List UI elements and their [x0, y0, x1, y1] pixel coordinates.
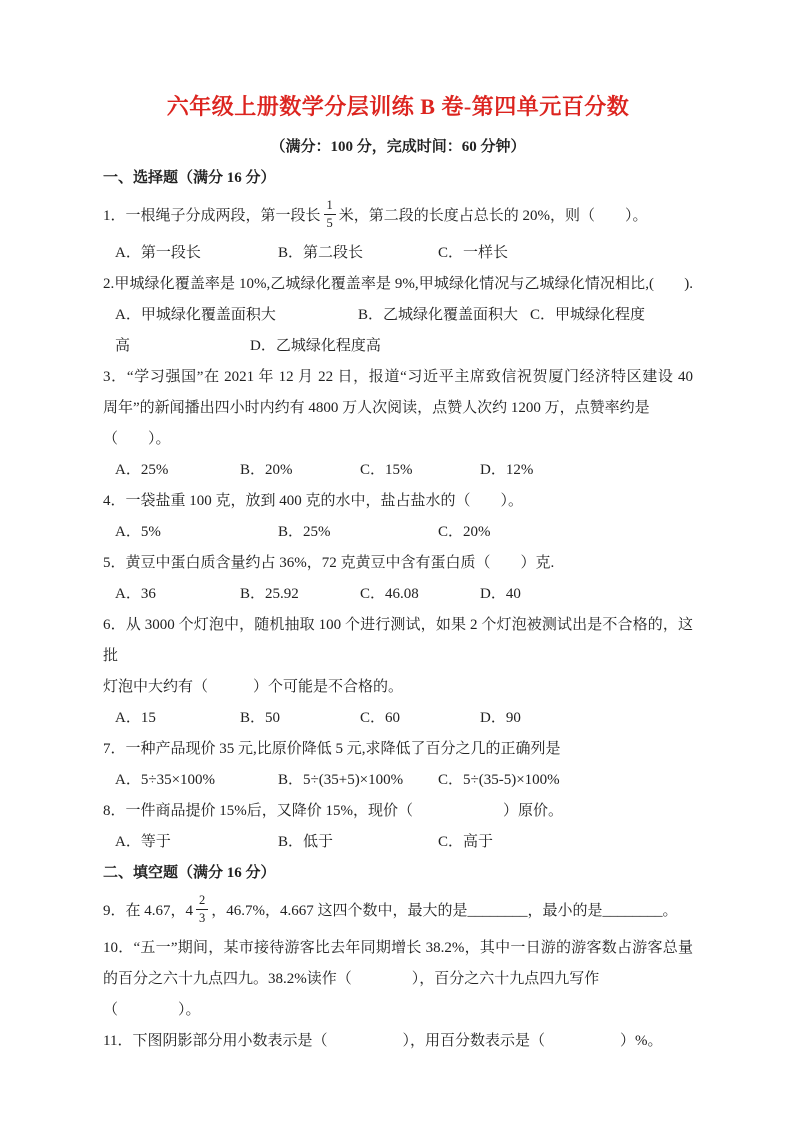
- option-a: A．15: [115, 703, 240, 734]
- fraction-one-fifth: 15: [324, 198, 336, 231]
- option-d: D．90: [480, 703, 521, 734]
- question-6-options: A．15B．50C．60D．90: [103, 703, 693, 734]
- page-title: 六年级上册数学分层训练 B 卷-第四单元百分数: [103, 90, 693, 124]
- option-c: C．一样长: [438, 238, 508, 269]
- question-3-line-2: 周年”的新闻播出四小时内约有 4800 万人次阅读，点赞人次约 1200 万，点…: [103, 393, 693, 455]
- question-5-options: A．36B．25.92C．46.08D．40: [103, 579, 693, 610]
- option-c: C．46.08: [360, 579, 480, 610]
- option-a: A．甲城绿化覆盖面积大: [115, 300, 358, 331]
- option-b: B．50: [240, 703, 360, 734]
- fraction-denominator: 3: [196, 910, 208, 926]
- option-a: A．25%: [115, 455, 240, 486]
- question-2-options-row-2: 高D．乙城绿化程度高: [103, 331, 693, 362]
- question-2-options-row-1: A．甲城绿化覆盖面积大B．乙城绿化覆盖面积大C．甲城绿化程度: [103, 300, 693, 331]
- option-d: D．40: [480, 579, 521, 610]
- option-a: A．等于: [115, 827, 278, 858]
- option-a: A．5÷35×100%: [115, 765, 278, 796]
- option-a: A．5%: [115, 517, 278, 548]
- question-8-text: 8．一件商品提价 15%后，又降价 15%，现价（ ）原价。: [103, 796, 693, 827]
- option-b: B．25.92: [240, 579, 360, 610]
- question-10-line-2: 的百分之六十九点四九。38.2%读作（ ），百分之六十九点四九写作（ ）。: [103, 964, 693, 1026]
- question-9-text: 9．在 4.67，423，46.7%，4.667 这四个数中，最大的是_____…: [103, 889, 693, 933]
- option-c: C．甲城绿化程度: [530, 300, 645, 331]
- question-5-text: 5．黄豆中蛋白质含量约占 36%，72 克黄豆中含有蛋白质（ ）克.: [103, 548, 693, 579]
- question-1-post: 米，第二段的长度占总长的 20%，则（ ）。: [339, 208, 648, 224]
- option-c: C．20%: [438, 517, 491, 548]
- question-6-line-1: 6．从 3000 个灯泡中，随机抽取 100 个进行测试，如果 2 个灯泡被测试…: [103, 610, 693, 672]
- option-c-wrap: 高: [115, 331, 250, 362]
- option-c: C．5÷(35-5)×100%: [438, 765, 560, 796]
- question-4-options: A．5%B．25%C．20%: [103, 517, 693, 548]
- question-1-text: 1．一根绳子分成两段，第一段长15米，第二段的长度占总长的 20%，则（ ）。: [103, 194, 693, 238]
- option-a: A．第一段长: [115, 238, 278, 269]
- question-7-text: 7．一种产品现价 35 元,比原价降低 5 元,求降低了百分之几的正确列是: [103, 734, 693, 765]
- question-7-options: A．5÷35×100%B．5÷(35+5)×100%C．5÷(35-5)×100…: [103, 765, 693, 796]
- section-2-heading: 二、填空题（满分 16 分）: [103, 858, 693, 889]
- question-10-line-1: 10．“五一”期间，某市接待游客比去年同期增长 38.2%，其中一日游的游客数占…: [103, 933, 693, 964]
- option-b: B．第二段长: [278, 238, 438, 269]
- option-b: B．低于: [278, 827, 438, 858]
- question-1-pre: 1．一根绳子分成两段，第一段长: [103, 208, 321, 224]
- question-8-options: A．等于B．低于C．高于: [103, 827, 693, 858]
- option-c: C．高于: [438, 827, 493, 858]
- question-9-pre: 9．在 4.67，4: [103, 903, 193, 919]
- question-6-line-2: 灯泡中大约有（ ）个可能是不合格的。: [103, 672, 693, 703]
- question-11-text: 11．下图阴影部分用小数表示是（ ），用百分数表示是（ ）%。: [103, 1026, 693, 1057]
- question-1-options: A．第一段长B．第二段长C．一样长: [103, 238, 693, 269]
- option-c: C．15%: [360, 455, 480, 486]
- question-4-text: 4．一袋盐重 100 克，放到 400 克的水中，盐占盐水的（ ）。: [103, 486, 693, 517]
- fraction-numerator: 2: [196, 893, 208, 910]
- fraction-two-thirds: 23: [196, 893, 208, 926]
- option-b: B．20%: [240, 455, 360, 486]
- option-b: B．5÷(35+5)×100%: [278, 765, 438, 796]
- exam-info: （满分：100 分，完成时间：60 分钟）: [103, 132, 693, 163]
- option-d: D．乙城绿化程度高: [250, 331, 381, 362]
- question-9-post: ，46.7%，4.667 这四个数中，最大的是________，最小的是____…: [211, 903, 677, 919]
- option-b: B．乙城绿化覆盖面积大: [358, 300, 518, 331]
- question-3-line-1: 3．“学习强国”在 2021 年 12 月 22 日，报道“习近平主席致信祝贺厦…: [103, 362, 693, 393]
- option-b: B．25%: [278, 517, 438, 548]
- section-1-heading: 一、选择题（满分 16 分）: [103, 163, 693, 194]
- fraction-denominator: 5: [324, 215, 336, 231]
- question-3-options: A．25%B．20%C．15%D．12%: [103, 455, 693, 486]
- option-d: D．12%: [480, 455, 533, 486]
- fraction-numerator: 1: [324, 198, 336, 215]
- option-c: C．60: [360, 703, 480, 734]
- question-2-text: 2.甲城绿化覆盖率是 10%,乙城绿化覆盖率是 9%,甲城绿化情况与乙城绿化情况…: [103, 269, 693, 300]
- option-a: A．36: [115, 579, 240, 610]
- worksheet-page: 六年级上册数学分层训练 B 卷-第四单元百分数 （满分：100 分，完成时间：6…: [0, 0, 793, 1122]
